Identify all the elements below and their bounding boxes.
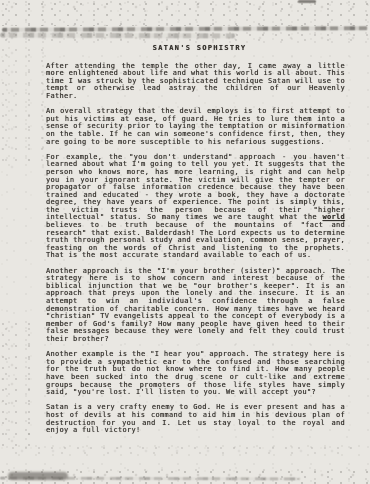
scan-smudge-left-upper — [0, 46, 44, 170]
paragraph-intro: After attending the temple the other day… — [46, 63, 345, 101]
paragraph-overall-strategy: An overall strategy that the devil emplo… — [46, 108, 345, 146]
paragraph-text-before-emphasis: For example, the "you don't understand" … — [46, 153, 345, 222]
scan-smudge-below-streak — [0, 31, 370, 45]
scan-smudge-top-band — [0, 0, 370, 26]
scan-streak-top-secondary — [0, 33, 235, 39]
document-body: SATAN'S SOPHISTRY After attending the te… — [46, 45, 345, 435]
document-title: SATAN'S SOPHISTRY — [54, 45, 345, 53]
paragraph-conclusion: Satan is a very crafty enemy to God. He … — [46, 404, 345, 434]
paragraph-im-your-brother: Another approach is the "I'm your brothe… — [46, 268, 345, 344]
scan-streak-top — [2, 26, 368, 32]
scan-smudge-left-lower — [0, 320, 40, 446]
scanned-document-page: SATAN'S SOPHISTRY After attending the te… — [0, 0, 370, 484]
scan-mark-top-right — [298, 0, 316, 3]
paragraph-you-dont-understand: For example, the "you don't understand" … — [46, 154, 345, 260]
paragraph-text-after-emphasis: believes to be truth because of the moun… — [46, 221, 345, 259]
scan-smudge-bottom-band — [10, 444, 360, 456]
paragraph-i-hear-you: Another example is the "I hear you" appr… — [46, 351, 345, 397]
scan-blob-bottom-left — [8, 472, 68, 480]
